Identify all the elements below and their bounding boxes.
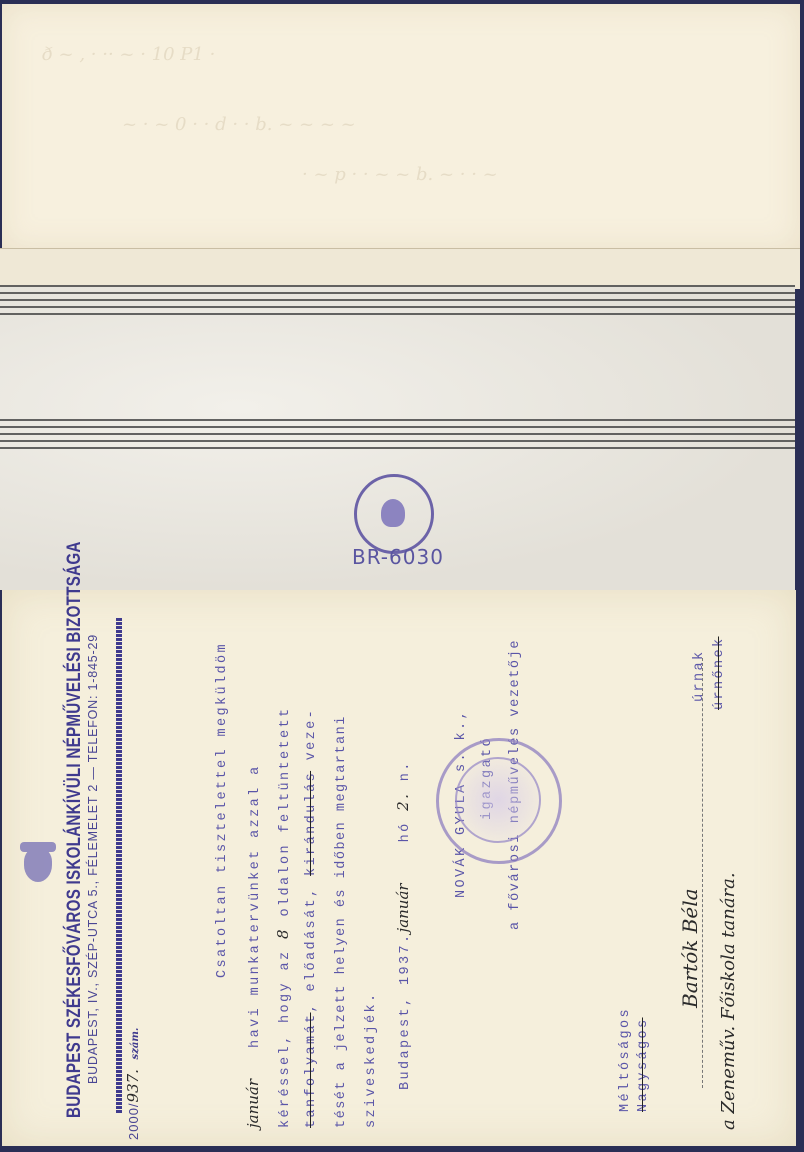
letterhead-rule	[116, 618, 122, 1113]
seal-emblem	[455, 757, 541, 843]
body-line-1: Csatoltan tisztelettel megküldöm	[215, 642, 230, 978]
struck-text: tanfolyamát	[304, 1012, 319, 1128]
archive-id: BR-6030	[352, 545, 444, 569]
sheet-fold	[0, 248, 800, 289]
ruled-lines-top	[0, 285, 795, 320]
date-month: január	[394, 883, 412, 932]
date-day: 2.	[394, 792, 412, 811]
letterhead-title: BUDAPEST SZÉKESFŐVÁROS ISKOLÁNKÍVÜLI NÉP…	[64, 541, 86, 1118]
dateline: Budapest, 1937.január hó 2. n.	[394, 760, 413, 1090]
body-text: kéréssel, hogy az	[278, 949, 293, 1128]
background-sheet: ð ~ , · ·· ~ · 10 P1 · ~ · ~ 0 · · d · ·…	[2, 4, 800, 250]
body-line-5: tését a jelzett helyen és időben megtart…	[334, 715, 349, 1128]
bleed-through-text: · ~ p · · ~ ~ b. ~ · · ~	[302, 164, 498, 185]
salutation-struck: Nagyságos	[636, 1017, 651, 1112]
body-text: havi munkatervünket azzal a	[248, 764, 263, 1048]
reference-number: 2000/937. szám.	[124, 1028, 143, 1140]
ruled-lines-bottom	[0, 419, 795, 454]
date-place: Budapest,	[398, 995, 413, 1090]
crest-icon	[381, 499, 405, 527]
date-suffix: n.	[398, 760, 413, 781]
body-line-2: január havi munkatervünket azzal a	[244, 764, 263, 1128]
addressee-line	[702, 658, 703, 1088]
page-handwritten: 8	[274, 927, 292, 939]
body-text: oldalon feltüntetett	[278, 706, 293, 916]
addressee-name: Bartók Béla	[678, 888, 702, 1008]
letter-sheet: BUDAPEST SZÉKESFŐVÁROS ISKOLÁNKÍVÜLI NÉP…	[2, 590, 796, 1146]
body-line-3: kéréssel, hogy az 8 oldalon feltüntetett	[274, 706, 293, 1128]
bleed-through-text: ð ~ , · ·· ~ · 10 P1 ·	[42, 44, 215, 65]
archive-stamp	[354, 474, 434, 554]
bleed-through-text: ~ · ~ 0 · · d · · b. ~ ~ ~ ~	[122, 114, 356, 135]
body-line-4: tanfolyamát, előadását, kirándulás veze-	[304, 708, 319, 1128]
addressee-suffix-struck: úrnőnek	[712, 636, 727, 710]
addressee-suffix: úrnak	[692, 649, 707, 702]
body-text: veze-	[304, 708, 319, 771]
struck-text: kirándulás	[304, 771, 319, 876]
date-year: 1937.	[398, 932, 413, 985]
coat-of-arms-icon	[24, 848, 52, 882]
body-text: , előadását,	[304, 886, 319, 1012]
official-seal	[436, 738, 562, 864]
salutation: Méltóságos	[618, 1007, 633, 1112]
letterhead-address: BUDAPEST, IV., SZÉP-UTCA 5., FÉLEMELET 2…	[86, 634, 100, 1084]
reference-handwritten: 937.	[124, 1069, 142, 1102]
reference-printed: 2000/	[126, 1102, 141, 1140]
month-handwritten: január	[244, 1079, 262, 1128]
reference-suffix: szám.	[130, 1028, 141, 1060]
body-line-6: sziveskedjék.	[364, 991, 379, 1128]
addressee-role: a Zeneműv. Főiskola tanára.	[718, 872, 739, 1130]
date-ho: hó	[398, 821, 413, 842]
